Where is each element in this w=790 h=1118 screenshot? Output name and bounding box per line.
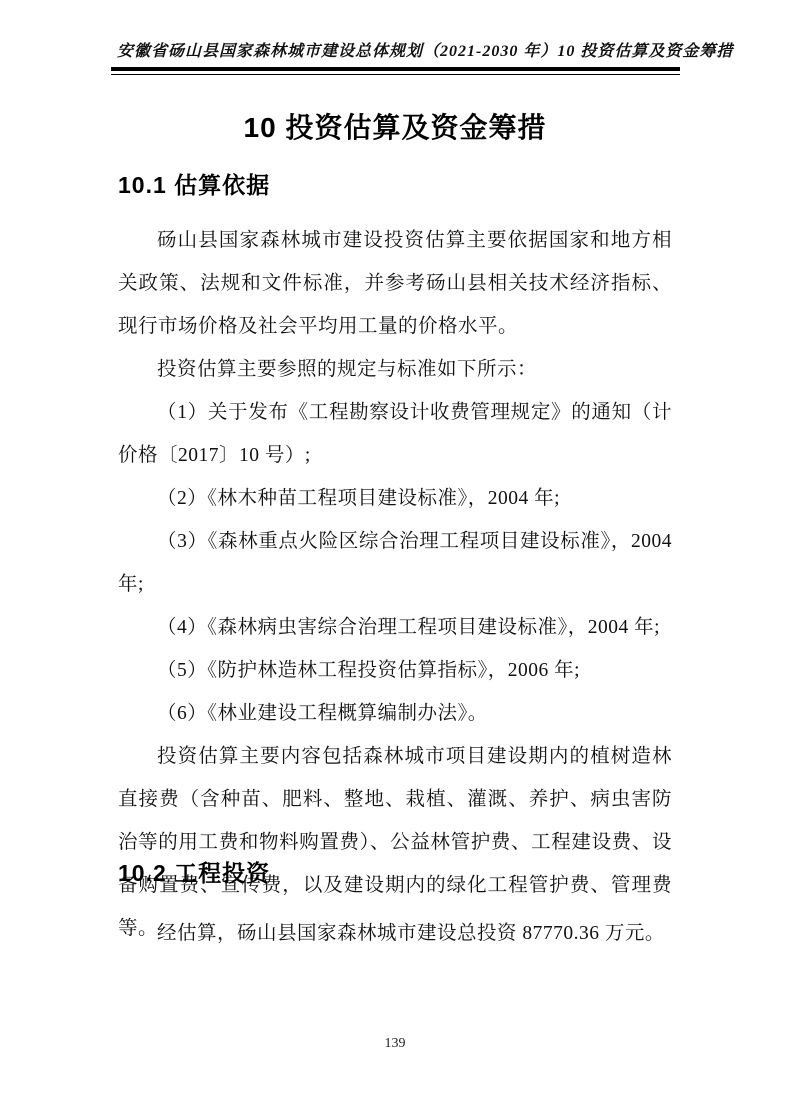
- page-header: 安徽省砀山县国家森林城市建设总体规划（2021-2030 年） 10 投资估算及…: [111, 38, 680, 75]
- paragraph: 投资估算主要参照的规定与标准如下所示：: [118, 348, 672, 391]
- header-right-title: 10 投资估算及资金筹措: [557, 38, 733, 61]
- header-row: 安徽省砀山县国家森林城市建设总体规划（2021-2030 年） 10 投资估算及…: [111, 38, 680, 67]
- reference-item: （4）《森林病虫害综合治理工程项目建设标准》，2004 年;: [118, 606, 672, 649]
- section-estimation-basis: 10.1 估算依据 砀山县国家森林城市建设投资估算主要依据国家和地方相关政策、法…: [118, 170, 672, 950]
- document-page: 安徽省砀山县国家森林城市建设总体规划（2021-2030 年） 10 投资估算及…: [0, 0, 790, 1118]
- reference-item: （2）《林木种苗工程项目建设标准》，2004 年;: [118, 477, 672, 520]
- paragraph: 砀山县国家森林城市建设投资估算主要依据国家和地方相关政策、法规和文件标准，并参考…: [118, 219, 672, 348]
- reference-item: （5）《防护林造林工程投资估算指标》，2006 年;: [118, 649, 672, 692]
- section-heading: 10.2 工程投资: [118, 858, 672, 888]
- reference-item: （6）《林业建设工程概算编制办法》。: [118, 692, 672, 735]
- page-number: 139: [0, 1036, 790, 1052]
- header-left-title: 安徽省砀山县国家森林城市建设总体规划（2021-2030 年）: [117, 38, 557, 61]
- header-divider: [111, 67, 680, 75]
- reference-item: （3）《森林重点火险区综合治理工程项目建设标准》，2004 年;: [118, 520, 672, 606]
- section-heading: 10.1 估算依据: [118, 170, 672, 200]
- paragraph: 经估算，砀山县国家森林城市建设总投资 87770.36 万元。: [118, 912, 672, 955]
- section-project-investment: 10.2 工程投资 经估算，砀山县国家森林城市建设总投资 87770.36 万元…: [118, 858, 672, 955]
- header-divider-thick-line: [111, 67, 680, 71]
- header-divider-thin-line: [111, 74, 680, 76]
- chapter-title: 10 投资估算及资金筹措: [0, 106, 790, 146]
- reference-item: （1）关于发布《工程勘察设计收费管理规定》的通知（计价格〔2017〕10 号）;: [118, 391, 672, 477]
